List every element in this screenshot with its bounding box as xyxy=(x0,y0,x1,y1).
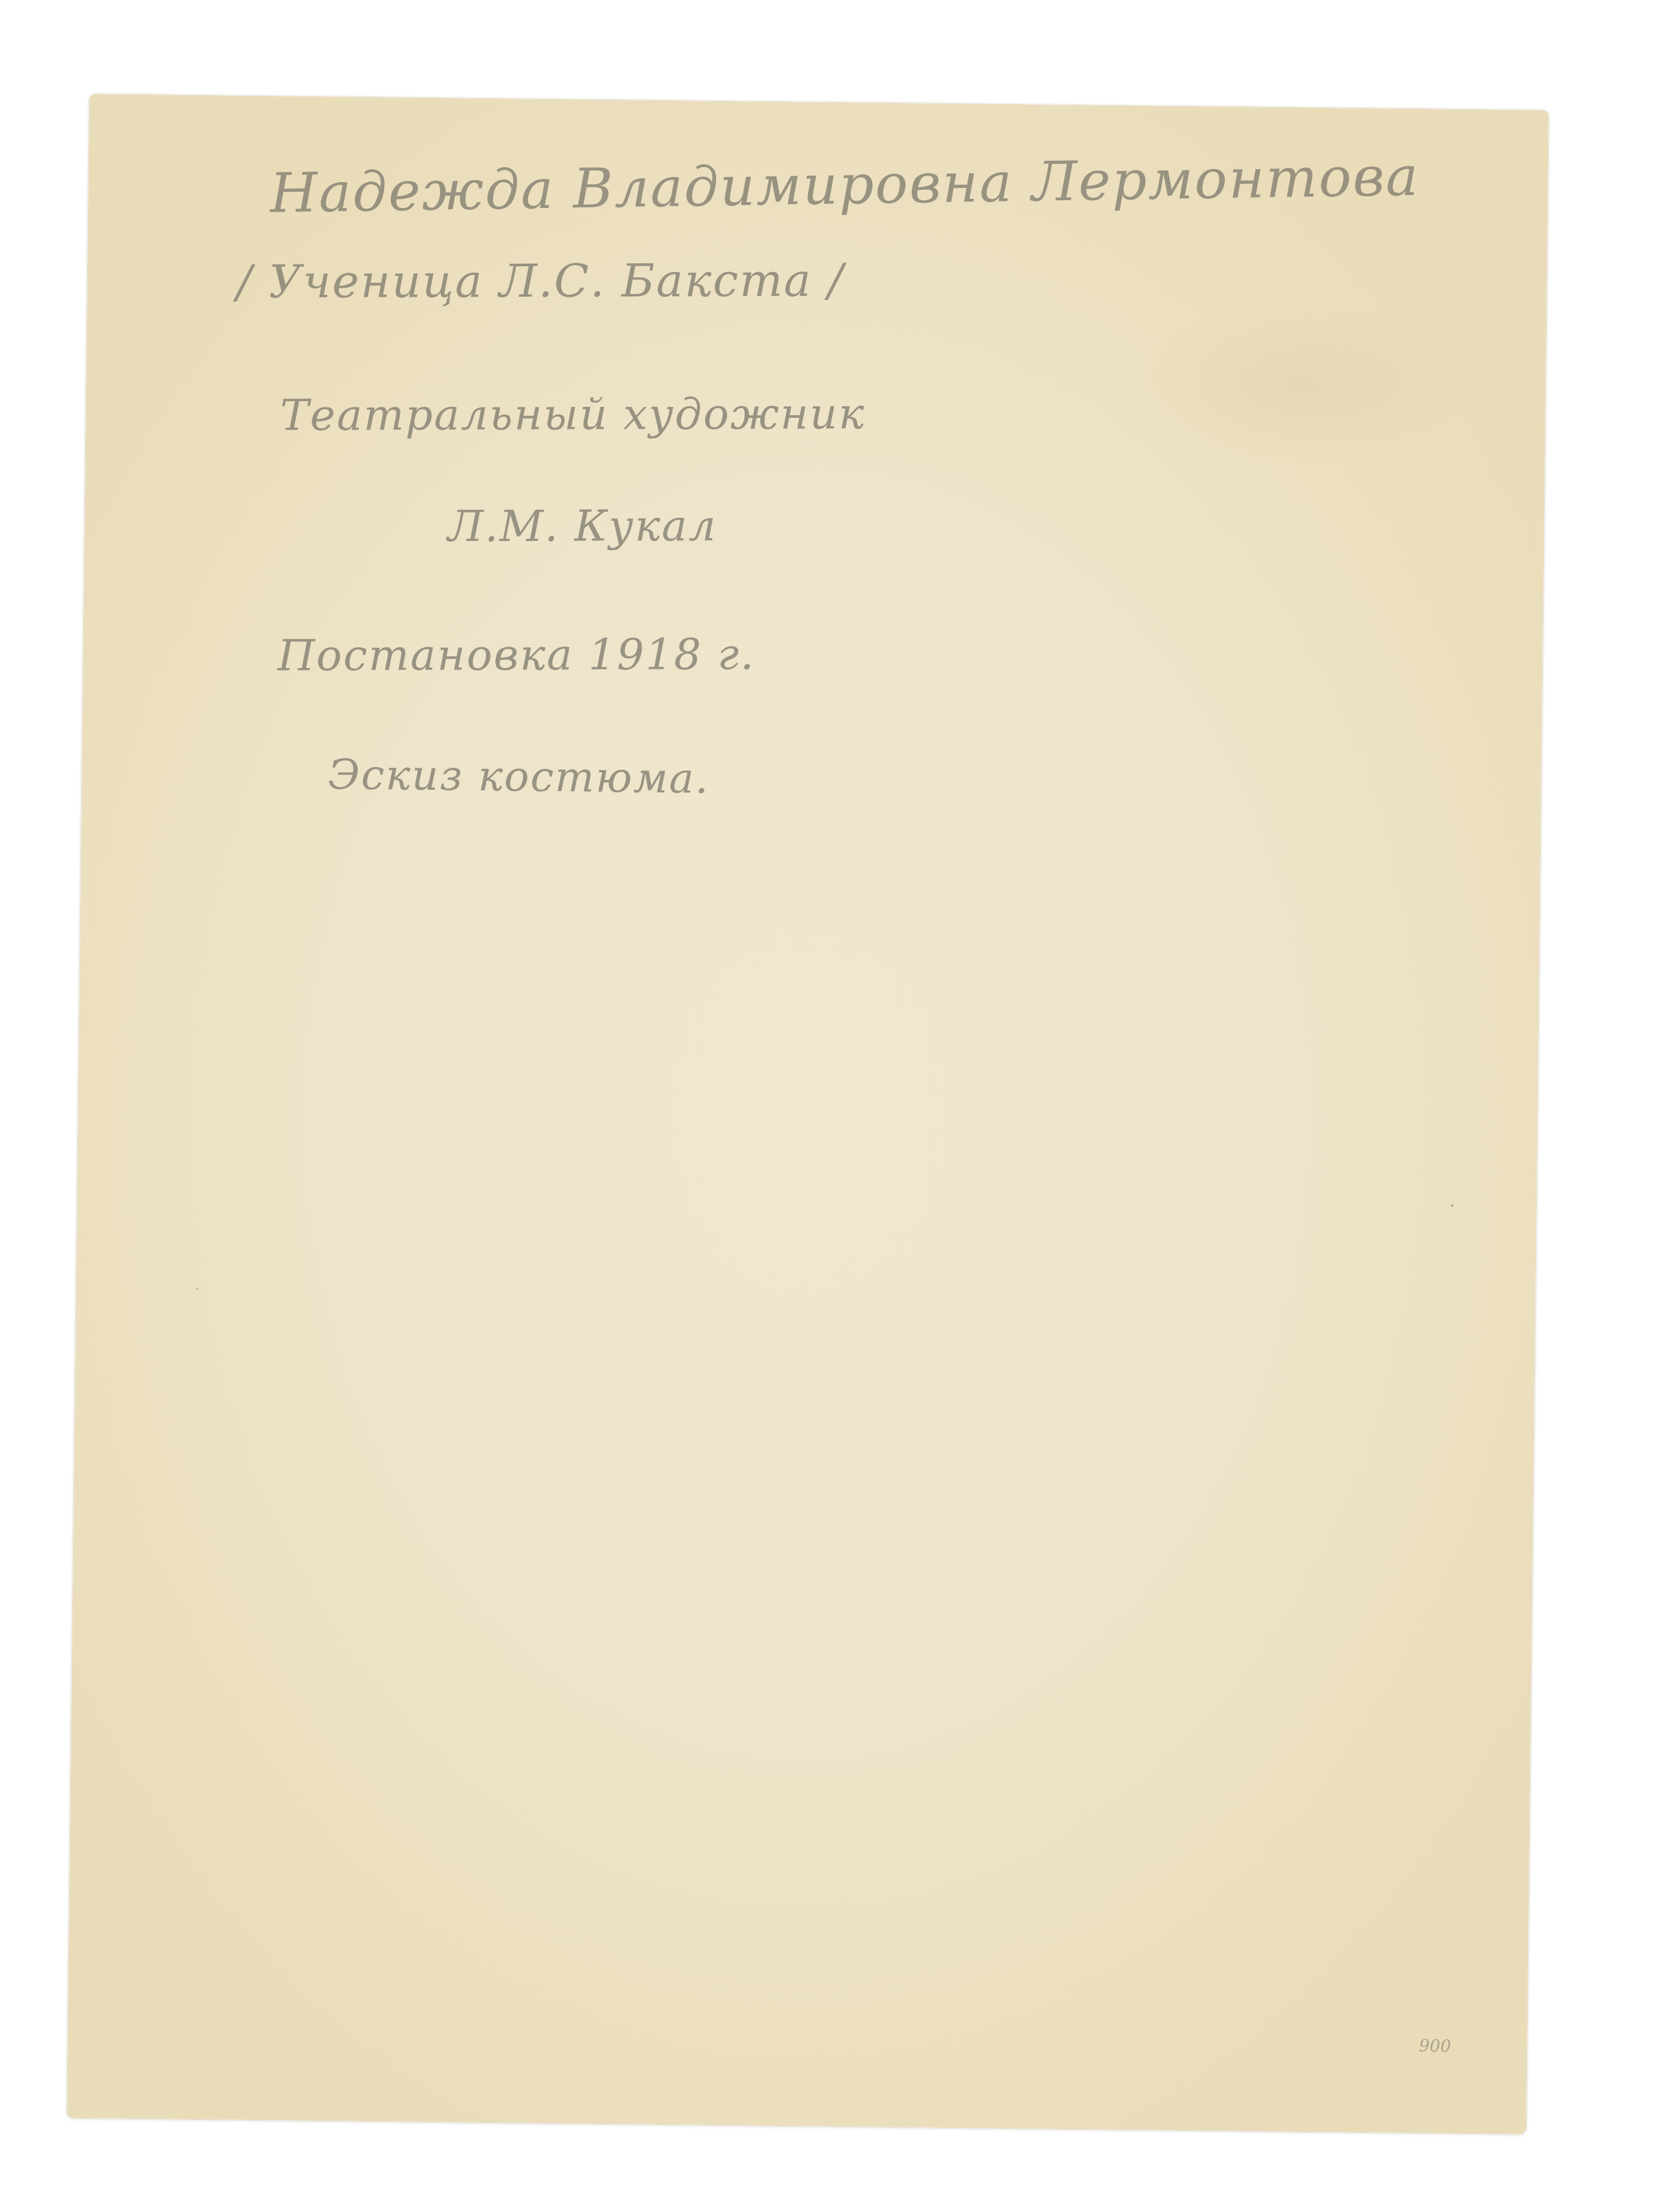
inscription-theatre-artist-label: Театральный художник xyxy=(280,389,865,441)
paper-speck xyxy=(196,1287,198,1290)
inscription-artist-name: Надежда Владимировна Лермонтова xyxy=(270,144,1420,225)
inscription-production-year: Постановка 1918 г. xyxy=(277,629,755,680)
inscription-theatre-name: Л.М. Кукал xyxy=(447,501,717,551)
corner-inventory-mark: 900 xyxy=(1419,2036,1451,2056)
paper-sheet: Надежда Владимировна Лермонтова / Учениц… xyxy=(67,94,1549,2134)
paper-speck xyxy=(1451,1204,1454,1207)
inscription-costume-sketch: Эскиз костюма. xyxy=(328,751,710,803)
inscription-student-of: / Ученица Л.С. Бакста / xyxy=(237,253,844,308)
